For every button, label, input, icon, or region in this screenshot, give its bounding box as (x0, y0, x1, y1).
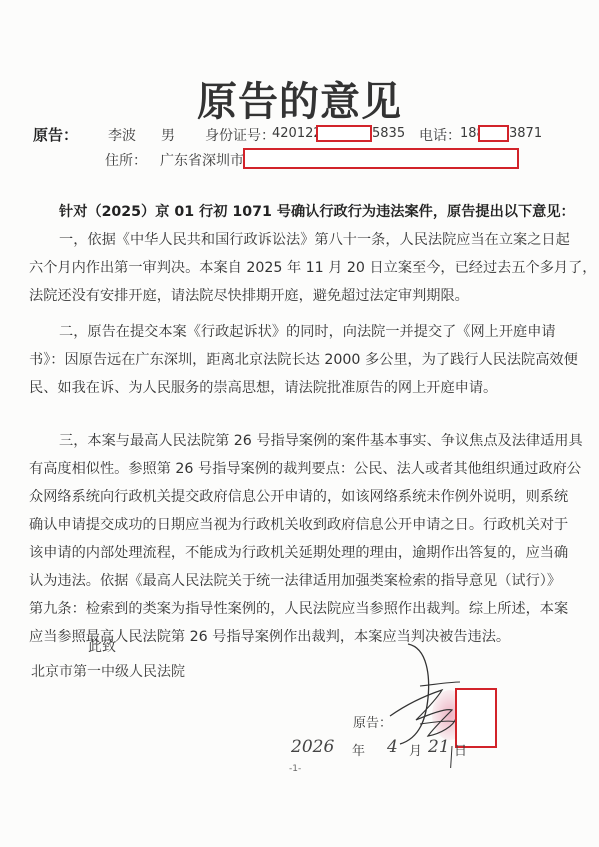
date-year-label: 年 (352, 740, 365, 759)
paragraph-3-line: 确认申请提交成功的日期应当视为行政机关收到政府信息公开申请之日。行政机关对于 (29, 511, 565, 539)
paragraph-3-line: 该申请的内部处理流程，不能成为行政机关延期处理的理由，逾期作出答复的，应当确 (29, 539, 565, 567)
paragraph-2-line: 书》：因原告远在广东深圳，距离北京法院长达 2000 多公里，为了践行人民法院高… (29, 346, 565, 374)
paragraph-3-line: 第九条：检索到的类案为指导性案例的，人民法院应当参照作出裁判。综上所述，本案 (29, 595, 565, 623)
paragraph-3-line: 众网络系统向行政机关提交政府信息公开申请的，如该网络系统未作例外说明，则系统 (29, 483, 565, 511)
paragraph-2: 二，原告在提交本案《行政起诉状》的同时，向法院一并提交了《网上开庭申请 书》：因… (29, 318, 565, 402)
signature-redaction-box (455, 688, 497, 748)
paragraph-2-line: 二，原告在提交本案《行政起诉状》的同时，向法院一并提交了《网上开庭申请 (29, 318, 565, 346)
date-month: 4 (387, 737, 398, 757)
phone-redaction-box (478, 125, 509, 142)
id-redaction-box (316, 125, 372, 142)
paragraph-1: 一，依据《中华人民共和国行政诉讼法》第八十一条，人民法院应当在立案之日起 六个月… (29, 226, 565, 310)
date-month-label: 月 (409, 740, 422, 759)
paragraph-3-line: 认为违法。依据《最高人民法院关于统一法律适用加强类案检索的指导意见（试行）》 (29, 567, 565, 595)
plaintiff-gender: 男 (161, 125, 175, 145)
date-day-label: 日 (454, 740, 467, 759)
paragraph-3-line: 三，本案与最高人民法院第 26 号指导案例的案件基本事实、争议焦点及法律适用具 (29, 427, 565, 455)
paragraph-1-line: 法院还没有安排开庭，请法院尽快排期开庭，避免超过法定审判期限。 (29, 282, 565, 310)
plaintiff-name: 李波 (108, 125, 136, 145)
closing-text: 此致 (88, 636, 116, 656)
document-title: 原告的意见 (0, 70, 599, 127)
address-redaction-box (243, 148, 519, 169)
recipient-court: 北京市第一中级人民法院 (31, 661, 185, 681)
date-year: 2026 (291, 737, 334, 757)
signature-label: 原告： (353, 712, 392, 731)
id-suffix: 5835 (372, 126, 405, 141)
date-day: 21 (428, 737, 450, 757)
plaintiff-label: 原告： (33, 124, 78, 145)
id-prefix: 420122 (272, 126, 322, 141)
address-visible: 广东省深圳市 (160, 150, 244, 170)
phone-label: 电话： (419, 125, 461, 145)
paragraph-2-line: 民、如我在诉、为人民服务的崇高思想，请法院批准原告的网上开庭申请。 (29, 374, 565, 402)
document-page: 原告的意见 原告： 李波 男 身份证号： 420122 5835 电话： 188… (0, 0, 599, 847)
phone-suffix: 3871 (509, 126, 542, 141)
intro-line: 针对（2025）京 01 行初 1071 号确认行政行为违法案件，原告提出以下意… (29, 198, 565, 226)
address-label: 住所： (105, 150, 147, 170)
page-number: -1- (289, 764, 301, 774)
paragraph-3-line: 有高度相似性。参照第 26 号指导案例的裁判要点：公民、法人或者其他组织通过政府… (29, 455, 565, 483)
intro-paragraph: 针对（2025）京 01 行初 1071 号确认行政行为违法案件，原告提出以下意… (29, 198, 565, 226)
paragraph-3: 三，本案与最高人民法院第 26 号指导案例的案件基本事实、争议焦点及法律适用具 … (29, 427, 565, 651)
paragraph-1-line: 一，依据《中华人民共和国行政诉讼法》第八十一条，人民法院应当在立案之日起 (29, 226, 565, 254)
id-label: 身份证号： (205, 125, 275, 145)
paragraph-1-line: 六个月内作出第一审判决。本案自 2025 年 11 月 20 日立案至今，已经过… (29, 254, 565, 282)
